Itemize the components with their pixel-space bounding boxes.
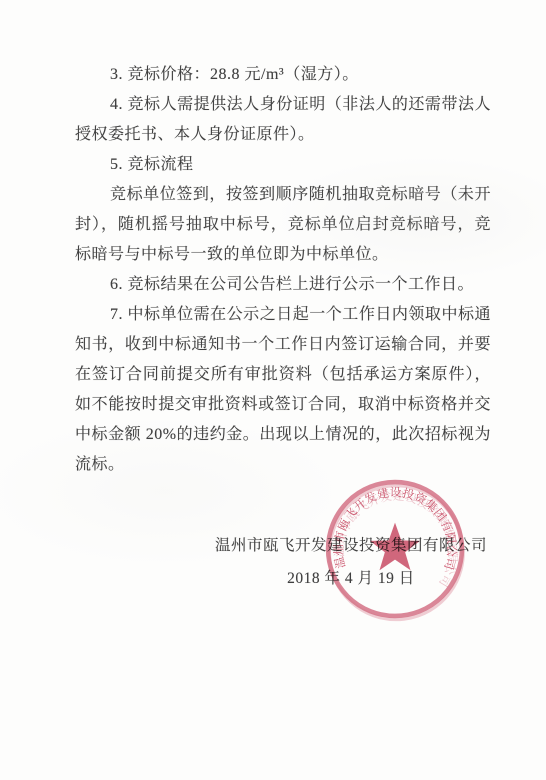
signature-company-name: 温州市瓯飞开发建设投资集团有限公司: [186, 530, 516, 561]
paragraph-bid-price: 3. 竞标价格：28.8 元/m³（湿方）。: [75, 60, 491, 90]
signature-block: 温州市瓯飞开发建设投资集团有限公司 2018 年 4 月 19 日: [186, 530, 516, 594]
document-text: 3. 竞标价格：28.8 元/m³（湿方）。 4. 竞标人需提供法人身份证明（非…: [75, 60, 491, 480]
paragraph-bid-process-heading: 5. 竞标流程: [75, 150, 491, 180]
paragraph-bid-process-detail: 竞标单位签到，按签到顺序随机抽取竞标暗号（未开封），随机摇号抽取中标号，竞标单位…: [75, 180, 491, 270]
signature-date: 2018 年 4 月 19 日: [186, 563, 516, 594]
paragraph-result-announcement: 6. 竞标结果在公司公告栏上进行公示一个工作日。: [75, 270, 491, 300]
paragraph-bidder-id-requirements: 4. 竞标人需提供法人身份证明（非法人的还需带法人授权委托书、本人身份证原件）。: [75, 90, 491, 150]
document-page: 3. 竞标价格：28.8 元/m³（湿方）。 4. 竞标人需提供法人身份证明（非…: [0, 0, 546, 780]
paragraph-winner-obligations: 7. 中标单位需在公示之日起一个工作日内领取中标通知书，收到中标通知书一个工作日…: [75, 300, 491, 480]
